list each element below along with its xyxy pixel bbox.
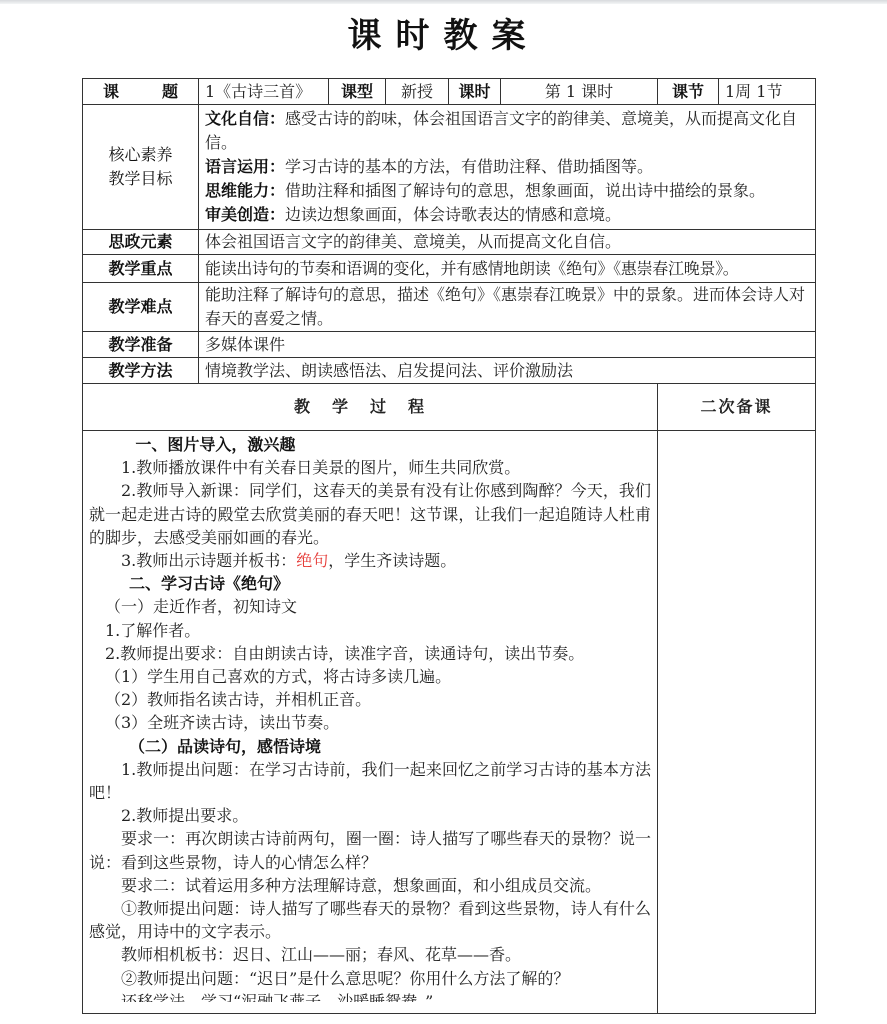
preparation-label: 教学准备 [83,332,199,358]
paragraph: 3.教师出示诗题并板书：绝句，学生齐读诗题。 [89,549,651,572]
paragraph: （1）学生用自己喜欢的方式，将古诗多读几遍。 [89,665,651,688]
viewer-top-edge [0,0,887,4]
difficulties-value: 能助注释了解诗句的意思，描述《绝句》《惠崇春江晚景》中的景象。进而体会诗人对春天… [199,283,816,332]
row-ideology: 思政元素 体会祖国语言文字的韵律美、意境美，从而提高文化自信。 [83,230,816,255]
section-value: 1周 1节 [719,79,816,105]
paragraph: 1.教师提出问题：在学习古诗前，我们一起来回忆之前学习古诗的基本方法吧！ [89,758,651,804]
topic-value: 1《古诗三首》 [199,79,329,105]
core-literacy-row: 核心素养 教学目标 文化自信：感受古诗的韵味，体会祖国语言文字的韵律美、意境美，… [83,105,816,230]
section-2-title: 二、学习古诗《绝句》 [89,572,651,595]
paragraph: 要求一：再次朗读古诗前两句，圈一圈：诗人描写了哪些春天的景物？说一说：看到这些景… [89,827,651,873]
lesson-plan-table: 课题 1《古诗三首》 课型 新授 课时 第 1 课时 课节 1周 1节 核心素养… [82,78,816,1014]
paragraph: （3）全班齐读古诗，读出节奏。 [89,711,651,734]
methods-value: 情境教学法、朗读感悟法、启发提问法、评价激励法 [199,358,816,384]
subsection-1-title: （一）走近作者，初知诗文 [89,595,651,618]
paragraph: 要求二：试着运用多种方法理解诗意，想象画面，和小组成员交流。 [89,874,651,897]
paragraph: 2.教师提出要求。 [89,804,651,827]
process-header: 教学过程 [83,384,658,431]
paragraph: ②教师提出问题：“迟日”是什么意思呢？你用什么方法了解的？ [89,967,651,990]
period-value: 第 1 课时 [501,79,658,105]
paragraph: 1.了解作者。 [89,619,651,642]
difficulties-label: 教学难点 [83,283,199,332]
paragraph: 2.教师提出要求：自由朗读古诗，读准字音，读通诗句，读出节奏。 [89,642,651,665]
type-value: 新授 [386,79,449,105]
process-header-row: 教学过程 二次备课 [83,384,816,431]
section-1-title: 一、图片导入，激兴趣 [89,433,651,456]
period-label: 课时 [449,79,501,105]
document-title: 课时教案 [0,8,887,57]
type-label: 课型 [329,79,386,105]
core-item-culture: 文化自信：感受古诗的韵味，体会祖国语言文字的韵律美、意境美，从而提高文化自信。 [205,107,809,155]
paragraph: 1.教师播放课件中有关春日美景的图片，师生共同欣赏。 [89,456,651,479]
core-literacy-label: 核心素养 教学目标 [83,105,199,230]
paragraph-partial: 还移学法，学习“泥融飞燕子，沙暖睡鸳鸯。” [89,990,651,1002]
process-body-row: 一、图片导入，激兴趣 1.教师播放课件中有关春日美景的图片，师生共同欣赏。 2.… [83,431,816,1014]
process-content: 一、图片导入，激兴趣 1.教师播放课件中有关春日美景的图片，师生共同欣赏。 2.… [83,431,658,1014]
core-item-thinking: 思维能力：借助注释和插图了解诗句的意思，想象画面，说出诗中描绘的景象。 [205,179,809,203]
paragraph: （2）教师指名读古诗，并相机正音。 [89,688,651,711]
topic-label: 课题 [83,79,199,105]
second-prep-header: 二次备课 [658,384,816,431]
core-item-language: 语言运用：学习古诗的基本的方法，有借助注释、借助插图等。 [205,155,809,179]
row-preparation: 教学准备 多媒体课件 [83,332,816,358]
header-row: 课题 1《古诗三首》 课型 新授 课时 第 1 课时 课节 1周 1节 [83,79,816,105]
row-difficulties: 教学难点 能助注释了解诗句的意思，描述《绝句》《惠崇春江晚景》中的景象。进而体会… [83,283,816,332]
row-key-points: 教学重点 能读出诗句的节奏和语调的变化，并有感情地朗读《绝句》《惠崇春江晚景》。 [83,255,816,283]
key-points-label: 教学重点 [83,255,199,283]
core-literacy-content: 文化自信：感受古诗的韵味，体会祖国语言文字的韵律美、意境美，从而提高文化自信。 … [199,105,816,230]
paragraph: 教师相机板书：迟日、江山——丽；春风、花草——香。 [89,943,651,966]
subsection-2-title: （二）品读诗句，感悟诗境 [89,735,651,758]
core-item-aesthetic: 审美创造：边读边想象画面，体会诗歌表达的情感和意境。 [205,203,809,227]
ideology-value: 体会祖国语言文字的韵律美、意境美，从而提高文化自信。 [199,230,816,255]
preparation-value: 多媒体课件 [199,332,816,358]
key-points-value: 能读出诗句的节奏和语调的变化，并有感情地朗读《绝句》《惠崇春江晚景》。 [199,255,816,283]
ideology-label: 思政元素 [83,230,199,255]
row-methods: 教学方法 情境教学法、朗读感悟法、启发提问法、评价激励法 [83,358,816,384]
highlighted-poem-title: 绝句 [296,551,328,570]
second-prep-content [658,431,816,1014]
paragraph: ①教师提出问题：诗人描写了哪些春天的景物？看到这些景物，诗人有什么感觉，用诗中的… [89,897,651,943]
paragraph: 2.教师导入新课：同学们，这春天的美景有没有让你感到陶醉？今天，我们就一起走进古… [89,479,651,549]
methods-label: 教学方法 [83,358,199,384]
section-label: 课节 [658,79,719,105]
